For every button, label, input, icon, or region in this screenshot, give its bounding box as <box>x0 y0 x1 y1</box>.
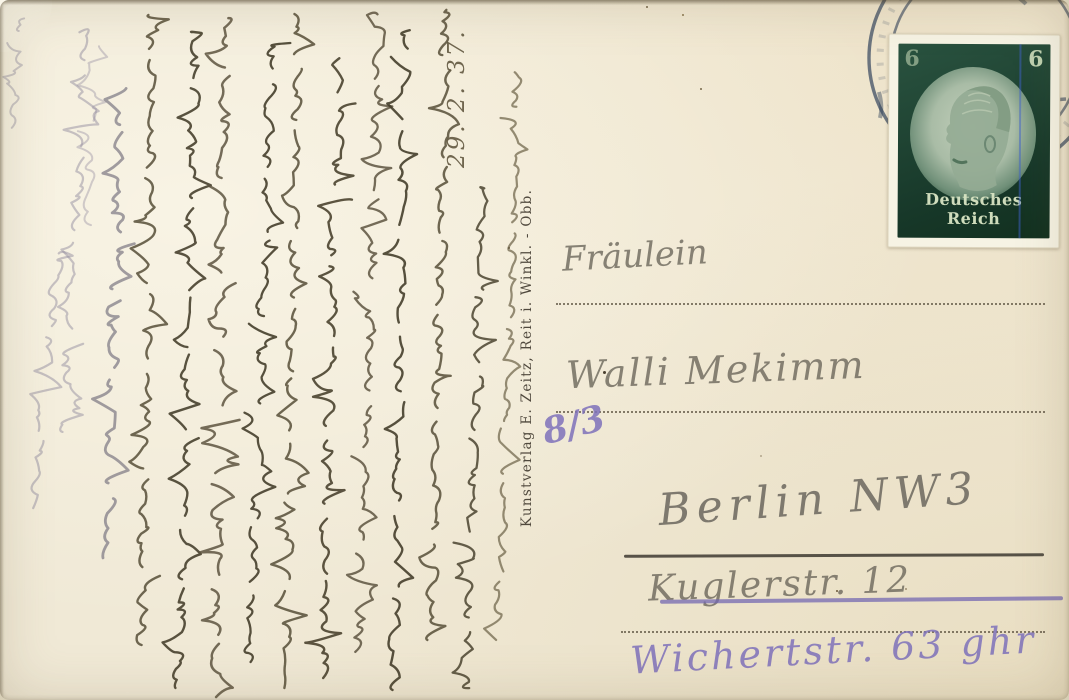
publisher-imprint: Kunstverlag E. Zeitz, Reit i. Winkl. - O… <box>519 189 535 527</box>
handwriting-line <box>449 187 502 689</box>
handwriting-line <box>269 14 317 689</box>
stamp-field: 6 6 Deutsches Reich <box>897 44 1050 239</box>
handwriting-line <box>0 17 25 128</box>
handwriting-line <box>161 31 214 688</box>
address-line-rule <box>556 411 1045 413</box>
postage-stamp: 6 6 Deutsches Reich <box>887 34 1060 249</box>
stamp-country-label: Deutsches Reich <box>898 190 1050 229</box>
handwriting-line <box>87 88 142 559</box>
handwriting-line <box>304 58 356 679</box>
address-line-rule <box>556 303 1045 305</box>
message-date: 29. 2. 37. <box>444 28 470 168</box>
address-salutation: Fräulein <box>561 232 709 280</box>
stamp-denomination: 6 <box>904 46 919 72</box>
handwriting-line <box>124 15 173 646</box>
handwriting-line <box>376 30 423 691</box>
stamp-denomination: 6 <box>1028 46 1043 72</box>
handwriting-line <box>341 12 397 652</box>
handwriting-line <box>195 18 247 698</box>
postcard-back: 29. 2. 37. Kunstverlag E. Zeitz, Reit i.… <box>0 0 1069 700</box>
handwriting-line <box>48 28 103 433</box>
